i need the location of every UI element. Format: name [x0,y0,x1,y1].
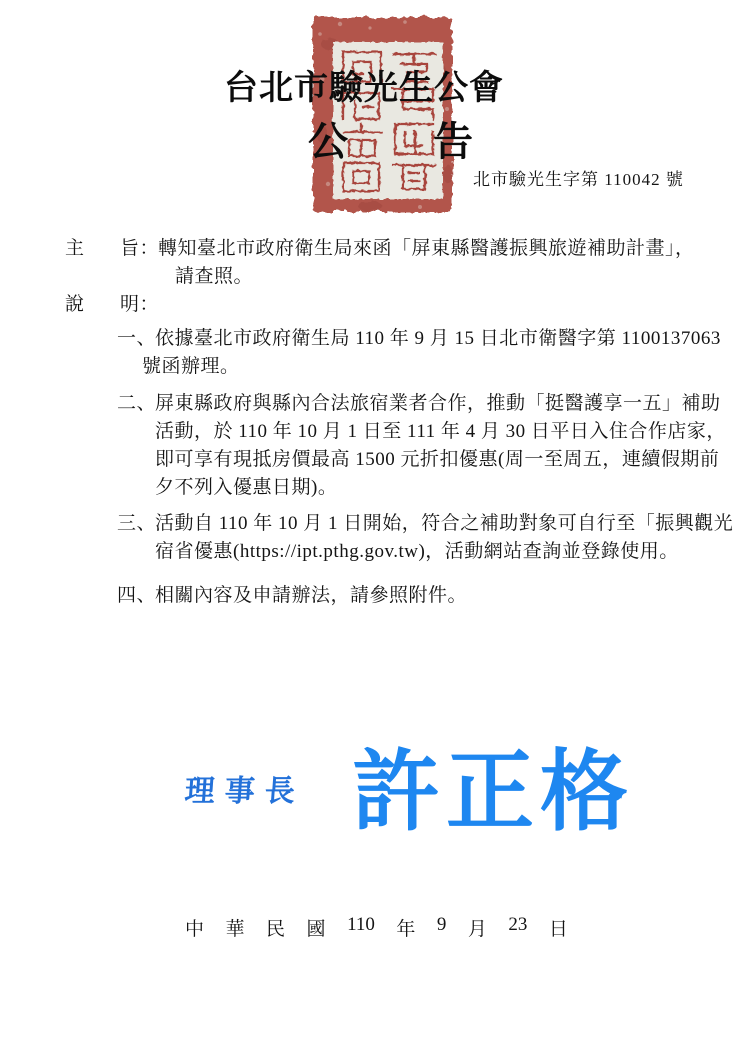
date-line: 中 華 民 國 110 年 9 月 23 日 [185,914,568,941]
date-segment: 中 [185,914,204,941]
date-segment: 23 [508,914,527,941]
organization-title: 台北市驗光生公會 [224,60,504,109]
item-line: 夕不列入優惠日期)。 [155,477,337,498]
date-segment: 年 [396,914,415,941]
announcement-page: 台北市驗光生公會 公 告 北市驗光生字第 110042 號 主 旨： 轉知臺北市… [0,0,756,1055]
item-line: 即可享有現抵房價最高 1500 元折扣優惠(周一至周五，連續假期前 [155,449,719,470]
item-line: 號函辦理。 [142,356,240,377]
item-line: 屏東縣政府與縣內合法旅宿業者合作，推動「挺醫護享一五」補助 [155,393,721,414]
document-number: 北市驗光生字第 110042 號 [473,165,684,190]
item-line: 依據臺北市政府衛生局 110 年 9 月 15 日北市衛醫字第 11001370… [155,328,721,349]
chairman-signature: 許正格 [352,750,634,838]
item-line: 相關內容及申請辦法，請參照附件。 [155,585,467,606]
date-segment: 月 [468,914,487,941]
announcement-char-1: 公 [308,110,348,167]
chairman-title-label: 理事長 [183,766,306,810]
item-line: 活動，於 110 年 10 月 1 日至 111 年 4 月 30 日平日入住合… [155,421,726,442]
explanation-label-char-2: 明： [120,294,159,315]
date-segment: 110 [347,914,375,941]
date-segment: 民 [266,914,285,941]
date-segment: 國 [307,914,326,941]
subject-line: 轉知臺北市政府衛生局來函「屏東縣醫護振興旅遊補助計畫」， [158,238,695,259]
date-segment: 華 [226,914,245,941]
item-number: 四、 [117,585,156,606]
subject-label-char-1: 主 [65,238,85,259]
subject-label-char-2: 旨： [120,238,159,259]
item-number: 一、 [117,328,156,349]
item-number: 二、 [117,393,156,414]
announcement-char-2: 告 [433,110,473,167]
announcement-title: 公 告 [308,110,473,167]
date-segment: 9 [437,914,447,941]
item-line: 宿省優惠(https://ipt.pthg.gov.tw)，活動網站查詢並登錄使… [155,541,679,562]
item-number: 三、 [117,513,156,534]
subject-line: 請查照。 [175,266,253,287]
date-segment: 日 [549,914,568,941]
item-line: 活動自 110 年 10 月 1 日開始，符合之補助對象可自行至「振興觀光 [155,513,733,534]
explanation-label-char-1: 說 [65,294,85,315]
